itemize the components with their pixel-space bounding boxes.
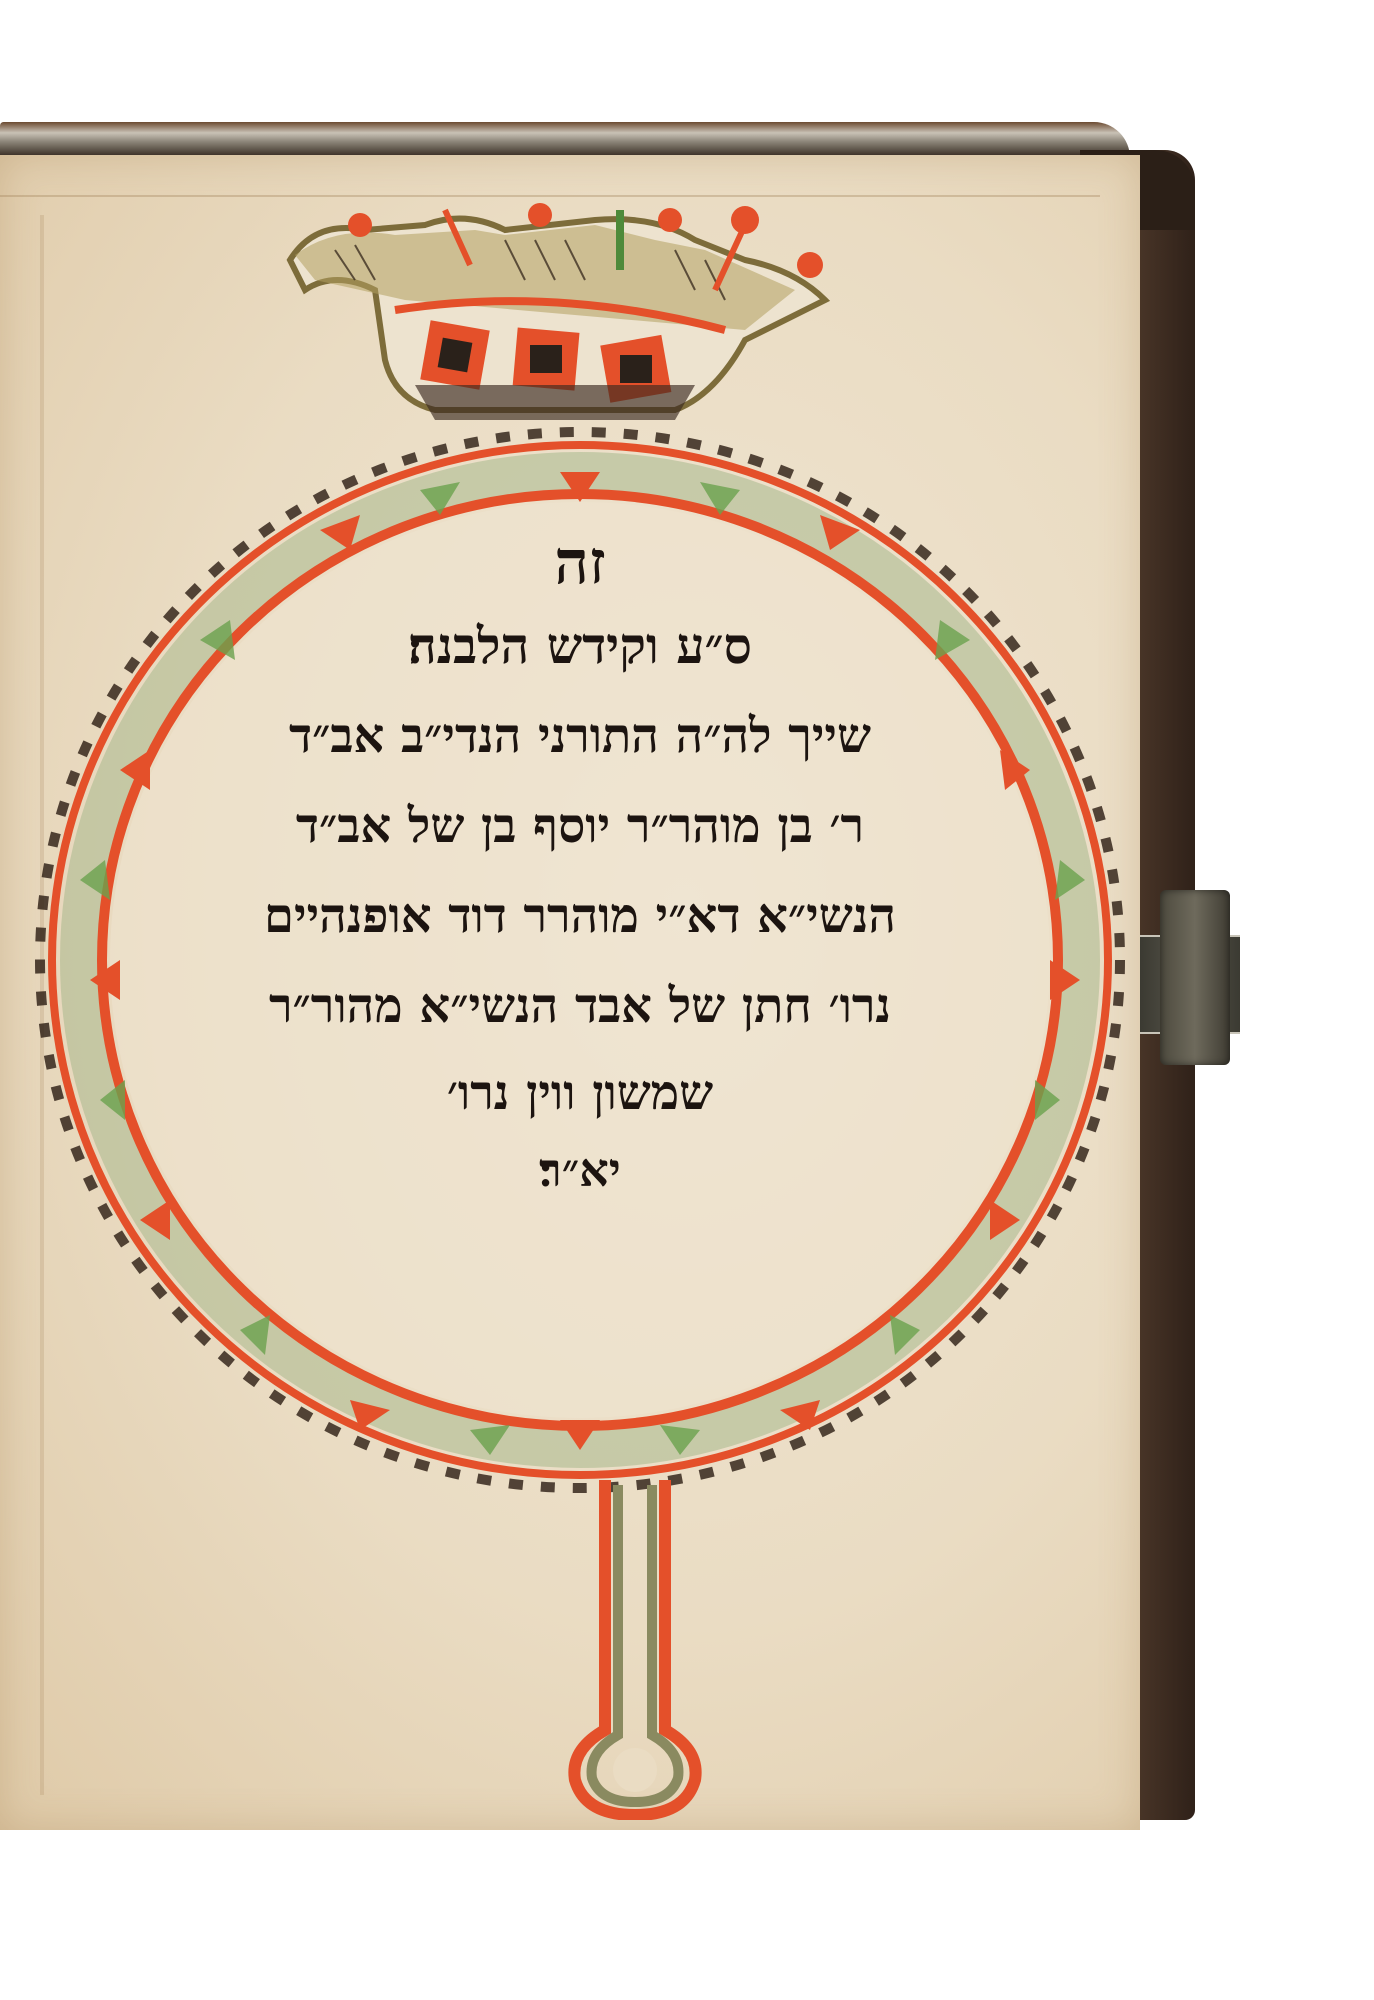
inscription-line-5: הנשי״א דא״י מוהרר דוד אופנהיים [140, 871, 1020, 961]
inscription-line-7: שמשון ווין נרו׳ [140, 1051, 1020, 1135]
inscription-line-6: נרו׳ חתן של אבד הנשי״א מהור״ר [140, 961, 1020, 1051]
page-fold-line [0, 195, 1100, 197]
inscription-line-1: זה [140, 525, 1020, 601]
mirror-handle-icon [560, 1480, 710, 1820]
inscription-line-3: שייך לה״ה התורני הנדי״ב אב״ד [140, 691, 1020, 781]
top-binding-edge [0, 122, 1130, 158]
ownership-inscription: זה ס״ע וקידש הלבנה׃ שייך לה״ה התורני הנד… [140, 525, 1020, 1205]
manuscript-book: זה ס״ע וקידש הלבנה׃ שייך לה״ה התורני הנד… [0, 0, 1374, 2000]
inscription-line-4: ר׳ בן מוהר״ר יוסף בן של אב״ד [140, 781, 1020, 871]
inscription-line-2: ס״ע וקידש הלבנה׃ [140, 601, 1020, 691]
crown-icon [275, 200, 835, 430]
metal-clasp-icon [1160, 890, 1230, 1065]
inscription-line-8: יא״ר׃ [140, 1135, 1020, 1205]
